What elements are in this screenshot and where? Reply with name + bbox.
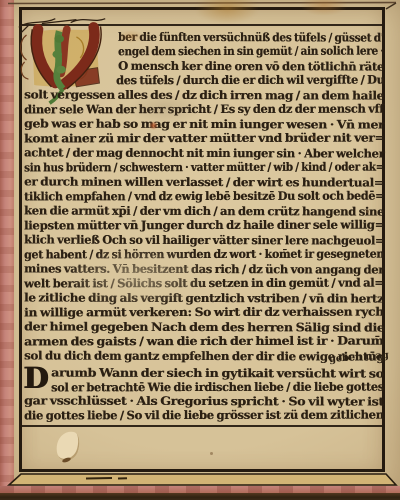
text-line: mines vatters. Vn̄ besitzent das rich / … xyxy=(24,261,384,277)
text-line: get habent / dz si hörren wurden dz wort… xyxy=(24,247,384,262)
text-line: die gottes liebe / So vil die liebe grös… xyxy=(24,408,384,423)
text-line: ber die fünften versüchnüß des tüfels / … xyxy=(24,29,384,45)
speck xyxy=(366,210,369,213)
text-line: liepsten mütter vn̄ Junger durch dz hail… xyxy=(24,218,384,233)
text-line: diner sele Wan der herr spricht / Es sy … xyxy=(24,102,384,117)
text-line: er durch minen willen verlasset / der wi… xyxy=(24,174,384,190)
manuscript-page: ber die fünften versüchnüß des tüfels / … xyxy=(0,0,400,500)
text-line: engel dem siechen in sin gemüt / ain sol… xyxy=(24,44,384,59)
text-line: komt ainer zü mir der vatter mütter vnd … xyxy=(24,131,384,146)
text-line: gar vsschlüsset · Als Gregorius spricht … xyxy=(24,393,384,408)
bottom-shadow-strip xyxy=(0,493,400,500)
text-line: O mensch ker dine oren vō den tötlichn̄ … xyxy=(24,58,384,74)
text-line: solt vergessen alles des / dz dich irren… xyxy=(24,87,384,103)
bottom-rule xyxy=(22,425,384,427)
text-line: in willige armüt verkeren: So wirt dir d… xyxy=(24,305,384,320)
text-line: achtet / der mag dennocht nit min iunger… xyxy=(24,145,384,161)
text-line: welt berait ist / Sölichs solt du setzen… xyxy=(24,276,384,291)
left-painted-border xyxy=(0,0,14,494)
text-line: sin hus brüdern / schwestern · vatter mü… xyxy=(24,160,384,175)
text-line: des tüfels / durch die er dich wil vergi… xyxy=(24,73,384,88)
text-line: armen des gaists / wan die rich der hime… xyxy=(24,334,384,349)
paragraph-1: ber die fünften versüchnüß des tüfels / … xyxy=(24,30,384,364)
text-line: sol er betrachtē Wie die irdischen liebe… xyxy=(24,380,384,395)
text-line: der himel gegeben Nach dem des herren Sä… xyxy=(24,319,384,335)
text-line: ken die armüt xp̄i / der vm dich / an de… xyxy=(24,203,384,219)
text-line: klich verließ Och so vil hailiger vätter… xyxy=(24,232,384,248)
text-line: arumb Wann der siech in gytikait versüch… xyxy=(24,365,384,380)
speck xyxy=(312,136,315,139)
text-line: tiklich empfahen / vnd dz ewig lebē besi… xyxy=(24,189,384,204)
speck xyxy=(210,452,213,455)
paragraph-2: arumb Wann der siech in gytikait versüch… xyxy=(24,366,384,422)
text-line: geb was er hab so mag er nit min iunger … xyxy=(24,116,384,132)
text-line: le zitliche ding als vergift gentzlich v… xyxy=(24,290,384,306)
